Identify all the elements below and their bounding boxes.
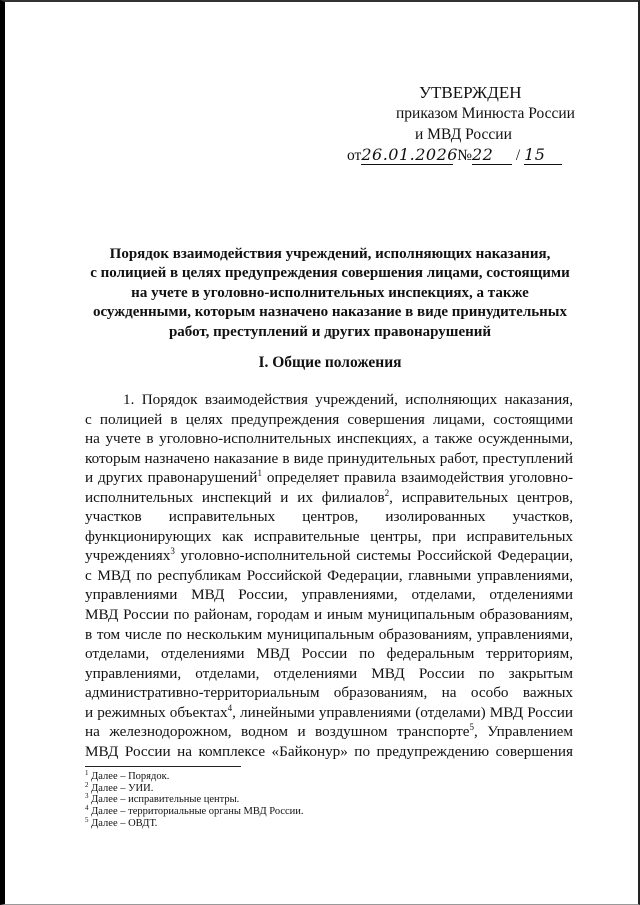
footnote-item: 2 Далее – УИИ. [85, 783, 304, 795]
approval-order-line: приказом Минюста России [345, 103, 585, 124]
body-line: отделами, отделениями МВД России по феде… [85, 644, 573, 664]
footnote-text: Далее – УИИ. [89, 783, 154, 794]
footnote-item: 3 Далее – исправительные центры. [85, 794, 304, 806]
approval-stamp: УТВЕРЖДЕН приказом Минюста России и МВД … [345, 82, 585, 166]
approval-ministry-line: и МВД России [345, 124, 585, 145]
body-line: на железнодорожном, водном и воздушном т… [85, 722, 573, 742]
footnote-item: 1 Далее – Порядок. [85, 771, 304, 783]
body-line-text: с МВД по республикам Российской Федераци… [85, 567, 573, 584]
body-line-text: и режимных объектах [85, 704, 228, 721]
body-line-text: определяет правила взаимодействия уголов… [262, 469, 573, 486]
approval-heading: УТВЕРЖДЕН [345, 82, 585, 103]
body-line-text: , линейными управлениями (отделами) МВД … [232, 704, 573, 721]
body-line-text: с полицией в целях предупреждения соверш… [85, 411, 573, 428]
body-line-text: , Управлением [474, 723, 573, 740]
body-line: и других правонарушений1 определяет прав… [85, 468, 573, 488]
body-paragraph: 1. Порядок взаимодействия учреждений, ис… [85, 390, 573, 761]
body-line-text: участков исправительных центров, изолиро… [85, 508, 573, 525]
body-line-text: на учете в уголовно-исполнительных инспе… [85, 430, 573, 447]
body-line: в том числе по нескольким муниципальным … [85, 625, 573, 645]
body-line: исполнительных инспекций и их филиалов2,… [85, 488, 573, 508]
body-line-text: 1. Порядок взаимодействия учреждений, ис… [123, 391, 573, 408]
footnote-text: Далее – Порядок. [89, 771, 170, 782]
body-line-text: которым назначено наказание в виде прину… [85, 450, 573, 467]
body-line-text: административно-территориальным образова… [85, 684, 573, 701]
body-line: участков исправительных центров, изолиро… [85, 507, 573, 527]
body-line: с МВД по республикам Российской Федераци… [85, 566, 573, 586]
body-line-text: на железнодорожном, водном и воздушном т… [85, 723, 469, 740]
body-line: и режимных объектах4, линейными управлен… [85, 703, 573, 723]
handwritten-number-1: 22 [472, 146, 512, 165]
body-line-text: МВД России на комплексе «Байконур» по пр… [85, 743, 573, 760]
body-line: 1. Порядок взаимодействия учреждений, ис… [85, 390, 573, 410]
body-line-text: уголовно-исполнительной системы Российск… [175, 547, 573, 564]
title-line: на учете в уголовно-исполнительных инспе… [80, 284, 580, 303]
body-line-text: учреждениях [85, 547, 170, 564]
body-line: которым назначено наказание в виде прину… [85, 449, 573, 469]
document-title: Порядок взаимодействия учреждений, испол… [80, 245, 580, 342]
footnote-text: Далее – ОВДТ. [89, 818, 158, 829]
body-line: административно-территориальным образова… [85, 683, 573, 703]
body-line-text: управлениями МВД России, управлениями, о… [85, 586, 573, 603]
footnote-text: Далее – территориальные органы МВД Росси… [89, 806, 304, 817]
footnote-divider [85, 766, 241, 767]
number-separator: / [516, 147, 520, 164]
body-line-text: отделами, отделениями МВД России по феде… [85, 645, 573, 662]
body-line-text: исполнительных инспекций и их филиалов [85, 489, 385, 506]
title-line: работ, преступлений и других правонаруше… [80, 323, 580, 342]
approval-date-number-line: от26.01.2026 №22 / 15 [345, 145, 585, 166]
footnote-text: Далее – исправительные центры. [89, 794, 240, 805]
body-line: с полицией в целях предупреждения соверш… [85, 410, 573, 430]
body-line: функционирующих как исправительные центр… [85, 527, 573, 547]
date-prefix: от [347, 147, 361, 164]
footnotes: 1 Далее – Порядок. 2 Далее – УИИ. 3 Дале… [85, 771, 304, 830]
body-line-text: МВД России по районам, городам и иным му… [85, 606, 573, 623]
body-line-text: и других правонарушений [85, 469, 257, 486]
handwritten-date: 26.01.2026 [361, 146, 453, 165]
handwritten-number-2: 15 [524, 146, 562, 165]
footnote-item: 4 Далее – территориальные органы МВД Рос… [85, 806, 304, 818]
title-line: осужденными, которым назначено наказание… [80, 303, 580, 322]
section-heading: I. Общие положения [80, 354, 580, 372]
body-line-text: в том числе по нескольким муниципальным … [85, 626, 573, 643]
body-line: управлениями МВД России, управлениями, о… [85, 585, 573, 605]
body-line: на учете в уголовно-исполнительных инспе… [85, 429, 573, 449]
body-line: МВД России по районам, городам и иным му… [85, 605, 573, 625]
body-line: управлениями, отделами, отделениями МВД … [85, 664, 573, 684]
body-line-text: функционирующих как исправительные центр… [85, 528, 573, 545]
title-line: Порядок взаимодействия учреждений, испол… [80, 245, 580, 264]
body-line: МВД России на комплексе «Байконур» по пр… [85, 742, 573, 762]
footnote-item: 5 Далее – ОВДТ. [85, 818, 304, 830]
document-page: УТВЕРЖДЕН приказом Минюста России и МВД … [0, 0, 640, 905]
body-line-text: , исправительных центров, [389, 489, 573, 506]
number-prefix: № [457, 147, 472, 164]
body-line: учреждениях3 уголовно-исполнительной сис… [85, 546, 573, 566]
body-line-text: управлениями, отделами, отделениями МВД … [85, 665, 573, 682]
title-line: с полицией в целях предупреждения соверш… [80, 264, 580, 283]
